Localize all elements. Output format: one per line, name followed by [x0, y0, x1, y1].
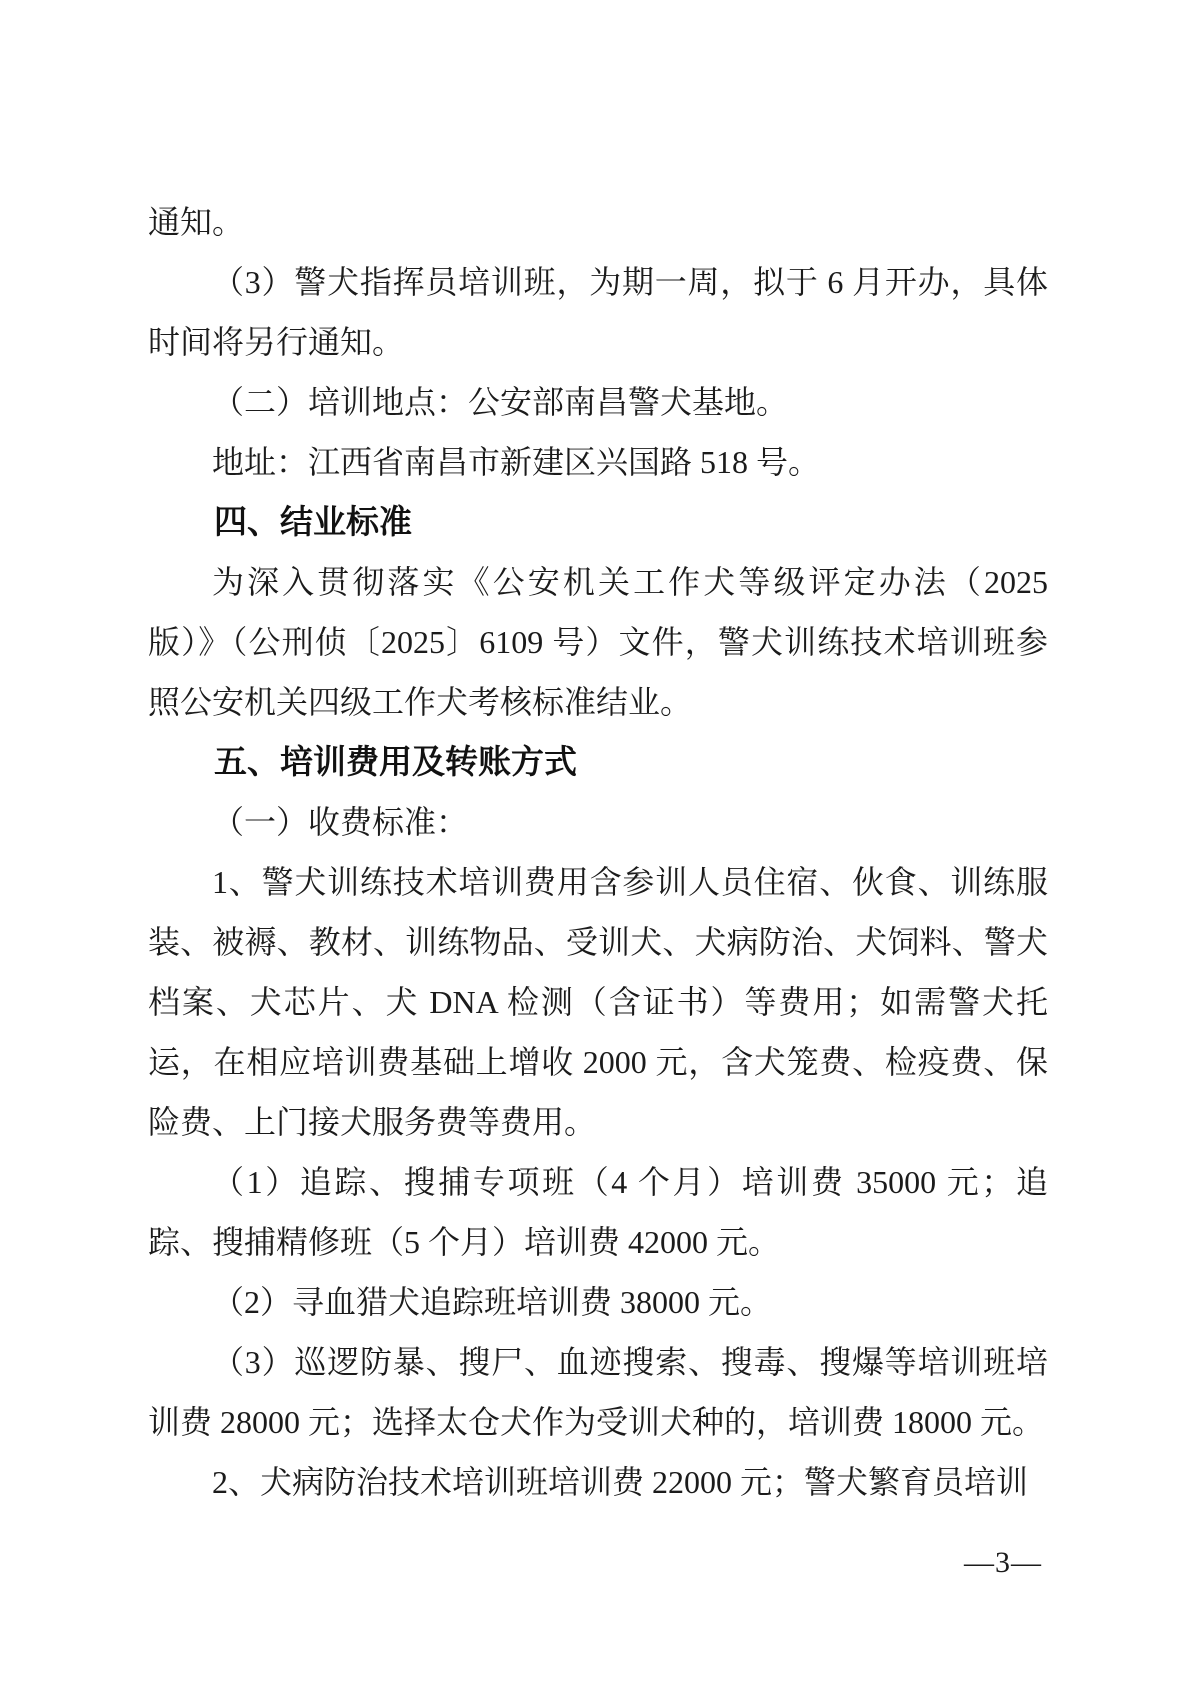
paragraph: 通知。 [148, 192, 1048, 252]
paragraph: （二）培训地点：公安部南昌警犬基地。 [148, 372, 1048, 432]
paragraph: （1）追踪、搜捕专项班（4 个月）培训费 35000 元；追踪、搜捕精修班（5 … [148, 1152, 1048, 1272]
paragraph: 地址：江西省南昌市新建区兴国路 518 号。 [148, 432, 1048, 492]
paragraph: （3）警犬指挥员培训班，为期一周，拟于 6 月开办，具体时间将另行通知。 [148, 252, 1048, 372]
document-body: 通知。（3）警犬指挥员培训班，为期一周，拟于 6 月开办，具体时间将另行通知。（… [148, 192, 1048, 1512]
paragraph: （3）巡逻防暴、搜尸、血迹搜索、搜毒、搜爆等培训班培训费 28000 元；选择太… [148, 1332, 1048, 1452]
paragraph: 2、犬病防治技术培训班培训费 22000 元；警犬繁育员培训 [148, 1452, 1048, 1512]
paragraph: 为深入贯彻落实《公安机关工作犬等级评定办法（2025 版）》（公刑侦〔2025〕… [148, 552, 1048, 732]
page-number: —3— [964, 1543, 1042, 1583]
section-heading: 五、培训费用及转账方式 [148, 732, 1048, 792]
paragraph: （一）收费标准： [148, 792, 1048, 852]
paragraph: （2）寻血猎犬追踪班培训费 38000 元。 [148, 1272, 1048, 1332]
document-page: 通知。（3）警犬指挥员培训班，为期一周，拟于 6 月开办，具体时间将另行通知。（… [0, 0, 1190, 1683]
section-heading: 四、结业标准 [148, 492, 1048, 552]
paragraph: 1、警犬训练技术培训费用含参训人员住宿、伙食、训练服装、被褥、教材、训练物品、受… [148, 852, 1048, 1152]
